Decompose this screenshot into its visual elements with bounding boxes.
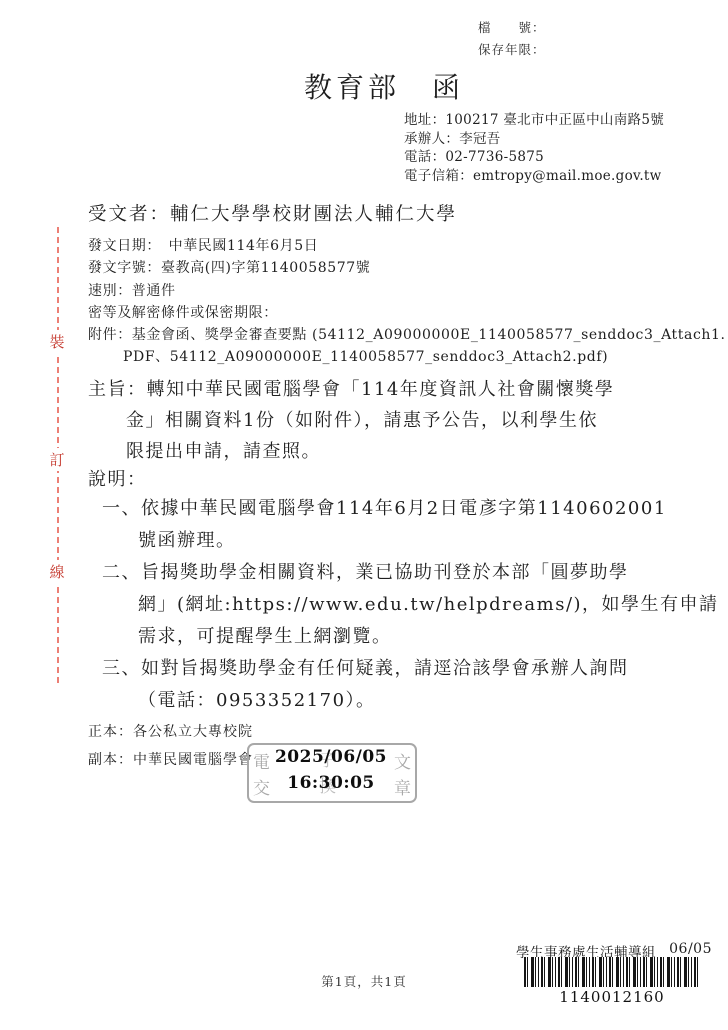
security-class-line: 密等及解密條件或保密期限： <box>88 302 726 324</box>
stamp-char-zhang: 章 <box>394 774 411 799</box>
stamp-date: 2025/06/05 <box>271 747 391 767</box>
sender-info-block: 地址：100217 臺北市中正區中山南路5號 承辦人：李冠吾 電話：02-773… <box>404 111 664 185</box>
copies-block: 正本：各公私立大專校院 副本：中華民國電腦學會 <box>88 719 253 774</box>
document-title: 教育部 函 <box>20 66 728 106</box>
sender-email: 電子信箱：emtropy@mail.moe.gov.tw <box>404 167 664 186</box>
department-date-overlay: 06/05 <box>669 941 712 957</box>
subject-line: 金」相關資料1份（如附件），請惠予公告，以利學生依 <box>126 405 728 436</box>
sender-contact-person: 承辦人：李冠吾 <box>404 130 664 149</box>
stamp-char-wen: 文 <box>394 748 411 773</box>
sender-phone: 電話：02-7736-5875 <box>404 148 664 167</box>
document-meta-block: 發文日期： 中華民國114年6月5日 發文字號：臺教高(四)字第11400585… <box>88 235 726 369</box>
subject-line: 主旨：轉知中華民國電腦學會「114年度資訊人社會關懷獎學 <box>88 374 728 405</box>
stamp-time: 16:30:05 <box>271 773 391 793</box>
issue-date-line: 發文日期： 中華民國114年6月5日 <box>88 235 726 257</box>
doc-number-line: 發文字號：臺教高(四)字第1140058577號 <box>88 257 726 279</box>
page-number: 第1頁，共1頁 <box>0 972 728 990</box>
speed-class-line: 速別：普通件 <box>88 280 726 302</box>
binding-char-xian: 線 <box>48 560 66 583</box>
binding-char-ding: 訂 <box>48 448 66 471</box>
explanation-item-1: 一、依據中華民國電腦學會114年6月2日電彥字第1140602001 <box>102 493 728 525</box>
binding-char-zhuang: 裝 <box>48 330 66 353</box>
electronic-exchange-stamp: 電 交 文 章 子 換 2025/06/05 16:30:05 <box>247 743 417 803</box>
recipient-line: 受文者：輔仁大學學校財團法人輔仁大學 <box>88 200 457 226</box>
copy-cc-line: 副本：中華民國電腦學會 <box>88 747 253 775</box>
explanation-label: 說明： <box>88 467 728 493</box>
copy-original-line: 正本：各公私立大專校院 <box>88 719 253 747</box>
explanation-item-2-cont: 需求，可提醒學生上網瀏覽。 <box>138 621 728 653</box>
explanation-item-2: 二、旨揭獎助學金相關資料，業已協助刊登於本部「圓夢助學 <box>102 557 728 589</box>
letter-body: 主旨：轉知中華民國電腦學會「114年度資訊人社會關懷獎學 金」相關資料1份（如附… <box>0 374 728 717</box>
explanation-item-2-cont: 網」(網址:https://www.edu.tw/helpdreams/)，如學… <box>138 589 728 621</box>
barcode-number: 1140012160 <box>524 988 700 1006</box>
file-number-label: 檔 號： <box>478 17 546 39</box>
explanation-item-3: 三、如對旨揭獎助學金有任何疑義，請逕洽該學會承辦人詢問 <box>102 653 728 685</box>
attachment-line-1: 附件：基金會函、獎學金審查要點 (54112_A09000000E_114005… <box>88 324 726 346</box>
stamp-char-dian: 電 <box>253 748 270 773</box>
explanation-item-3-cont: （電話：0953352170）。 <box>138 685 728 717</box>
sender-address: 地址：100217 臺北市中正區中山南路5號 <box>404 111 664 130</box>
subject-line: 限提出申請，請查照。 <box>126 436 728 467</box>
official-letter-page: 檔 號： 保存年限： 教育部 函 地址：100217 臺北市中正區中山南路5號 … <box>0 0 728 1030</box>
explanation-item-1-cont: 號函辦理。 <box>138 525 728 557</box>
retention-period-label: 保存年限： <box>478 39 546 61</box>
file-number-block: 檔 號： 保存年限： <box>478 17 546 61</box>
attachment-line-2: PDF、54112_A09000000E_1140058577_senddoc3… <box>123 346 726 368</box>
stamp-char-jiao: 交 <box>253 774 270 799</box>
